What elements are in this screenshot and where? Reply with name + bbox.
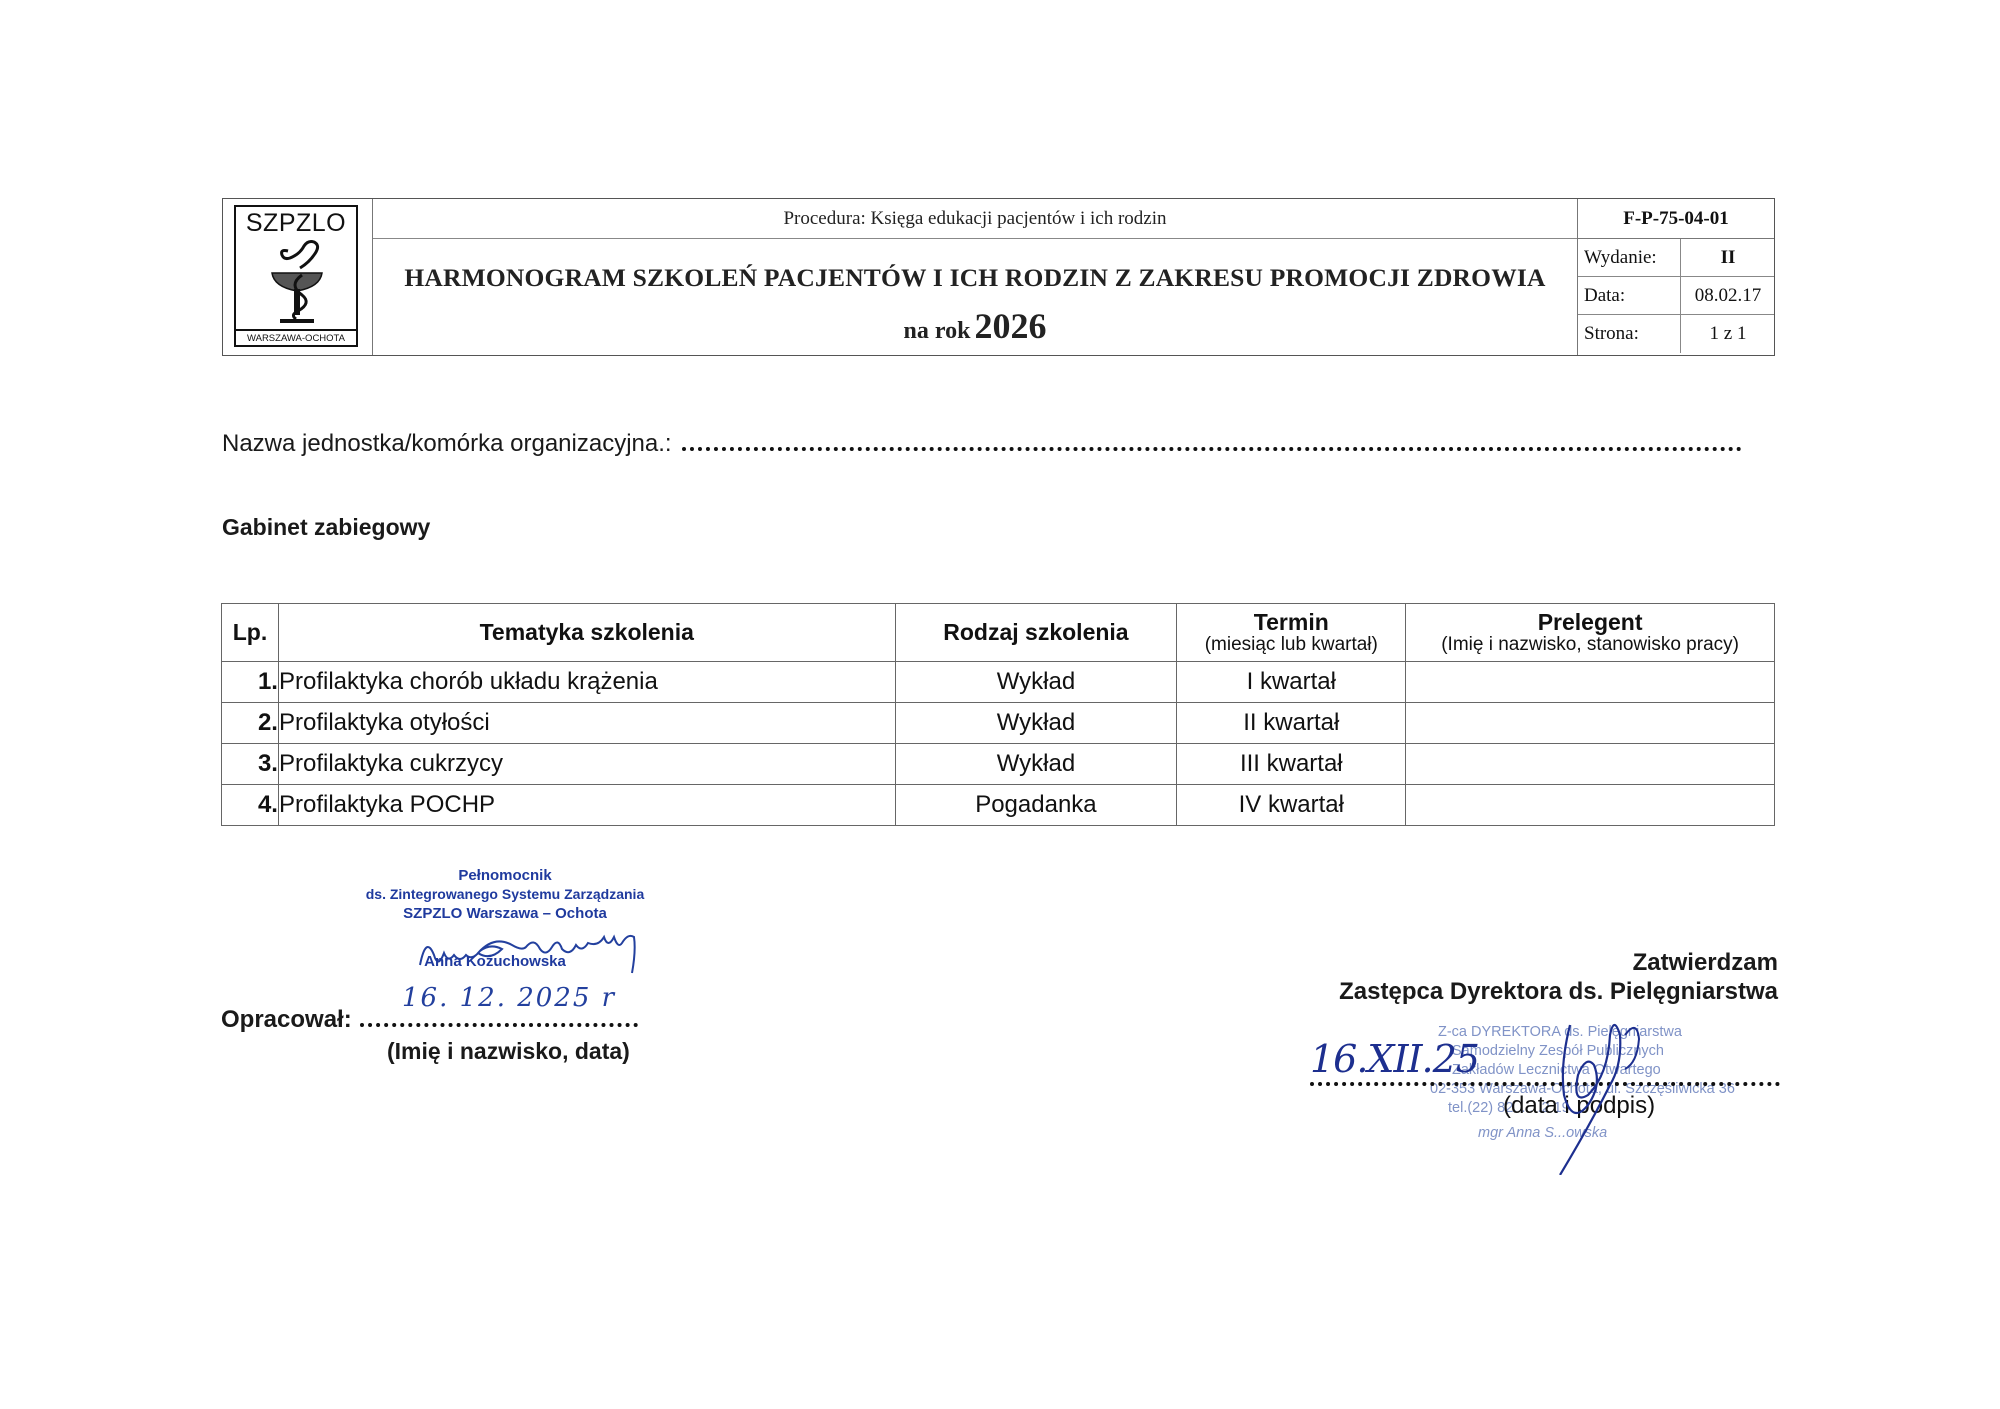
cell-term: IV kwartał [1177, 785, 1406, 826]
stamp-line: SZPZLO Warszawa – Ochota [330, 904, 680, 923]
prepared-by-caption: (Imię i nazwisko, data) [387, 1038, 630, 1065]
cell-kind: Wykład [895, 703, 1177, 744]
training-schedule-table: Lp. Tematyka szkolenia Rodzaj szkolenia … [221, 603, 1775, 826]
table-header-row: Lp. Tematyka szkolenia Rodzaj szkolenia … [222, 604, 1775, 662]
stamp-line: ds. Zintegrowanego Systemu Zarządzania [330, 885, 680, 904]
cell-kind: Wykład [895, 744, 1177, 785]
column-header-lp: Lp. [222, 604, 279, 662]
year-value: 2026 [974, 306, 1046, 346]
stamp-name: Anna Kożuchowska [330, 953, 660, 970]
logo-subtitle: WARSZAWA-OCHOTA [236, 329, 356, 345]
meta-value: 1 z 1 [1680, 315, 1775, 353]
prepared-by-field: Opracował: [221, 1006, 638, 1034]
meta-label: Strona: [1584, 315, 1639, 353]
table-row: 3. Profilaktyka cukrzycy Wykład III kwar… [222, 744, 1775, 785]
document-header: SZPZLO WARSZAWA-OCHOTA Procedura: Księga… [222, 198, 1775, 356]
cell-topic: Profilaktyka chorób układu krążenia [278, 662, 895, 703]
column-header-term: Termin(miesiąc lub kwartał) [1177, 604, 1406, 662]
approval-role: Zastępca Dyrektora ds. Pielęgniarstwa [1339, 977, 1778, 1006]
cell-topic: Profilaktyka otyłości [278, 703, 895, 744]
handwritten-signature-right [1530, 1015, 1700, 1175]
logo-title: SZPZLO [236, 209, 356, 238]
cell-speaker [1406, 785, 1775, 826]
cell-kind: Wykład [895, 662, 1177, 703]
column-header-kind: Rodzaj szkolenia [895, 604, 1177, 662]
table-row: 1. Profilaktyka chorób układu krążenia W… [222, 662, 1775, 703]
year-prefix: na rok [904, 318, 971, 344]
cell-lp: 2. [222, 703, 279, 744]
approval-title: Zatwierdzam [1339, 948, 1778, 977]
prepared-by-dotted-line [360, 1022, 638, 1027]
cell-speaker [1406, 703, 1775, 744]
column-header-speaker: Prelegent(Imię i nazwisko, stanowisko pr… [1406, 604, 1775, 662]
table-row: 4. Profilaktyka POCHP Pogadanka IV kwart… [222, 785, 1775, 826]
bowl-of-hygieia-icon [266, 239, 328, 325]
unit-dotted-line [682, 446, 1742, 451]
representative-stamp: Pełnomocnik ds. Zintegrowanego Systemu Z… [330, 866, 680, 923]
prepared-by-label: Opracował: [221, 1006, 352, 1033]
cell-topic: Profilaktyka POCHP [278, 785, 895, 826]
logo-cell: SZPZLO WARSZAWA-OCHOTA [223, 199, 373, 355]
document-meta: F-P-75-04-01 Wydanie: II Data: 08.02.17 … [1577, 199, 1774, 355]
stamp-line: Pełnomocnik [330, 866, 680, 885]
document-year-line: na rok 2026 [373, 305, 1577, 347]
meta-value: II [1680, 239, 1775, 276]
meta-row-date: Data: 08.02.17 [1578, 277, 1774, 315]
unit-field: Nazwa jednostka/komórka organizacyjna.: [222, 430, 1742, 458]
cell-term: II kwartał [1177, 703, 1406, 744]
document-title: HARMONOGRAM SZKOLEŃ PACJENTÓW I ICH RODZ… [373, 263, 1577, 293]
cell-kind: Pogadanka [895, 785, 1177, 826]
meta-value: 08.02.17 [1680, 277, 1775, 314]
cell-lp: 1. [222, 662, 279, 703]
cell-term: I kwartał [1177, 662, 1406, 703]
procedure-name: Procedura: Księga edukacji pacjentów i i… [373, 199, 1577, 239]
cell-lp: 3. [222, 744, 279, 785]
table-row: 2. Profilaktyka otyłości Wykład II kwart… [222, 703, 1775, 744]
meta-label: Data: [1584, 277, 1625, 315]
unit-name: Gabinet zabiegowy [222, 514, 430, 541]
meta-label: Wydanie: [1584, 239, 1657, 277]
unit-label: Nazwa jednostka/komórka organizacyjna.: [222, 430, 672, 457]
header-title-cell: Procedura: Księga edukacji pacjentów i i… [373, 199, 1577, 355]
cell-lp: 4. [222, 785, 279, 826]
cell-topic: Profilaktyka cukrzycy [278, 744, 895, 785]
cell-speaker [1406, 662, 1775, 703]
document-code: F-P-75-04-01 [1578, 199, 1774, 239]
approval-heading: Zatwierdzam Zastępca Dyrektora ds. Pielę… [1339, 948, 1778, 1006]
handwritten-date-right: 16.XII.25 [1310, 1037, 1479, 1081]
meta-row-edition: Wydanie: II [1578, 239, 1774, 277]
logo: SZPZLO WARSZAWA-OCHOTA [234, 205, 358, 347]
cell-speaker [1406, 744, 1775, 785]
column-header-topic: Tematyka szkolenia [278, 604, 895, 662]
meta-row-page: Strona: 1 z 1 [1578, 315, 1774, 353]
cell-term: III kwartał [1177, 744, 1406, 785]
